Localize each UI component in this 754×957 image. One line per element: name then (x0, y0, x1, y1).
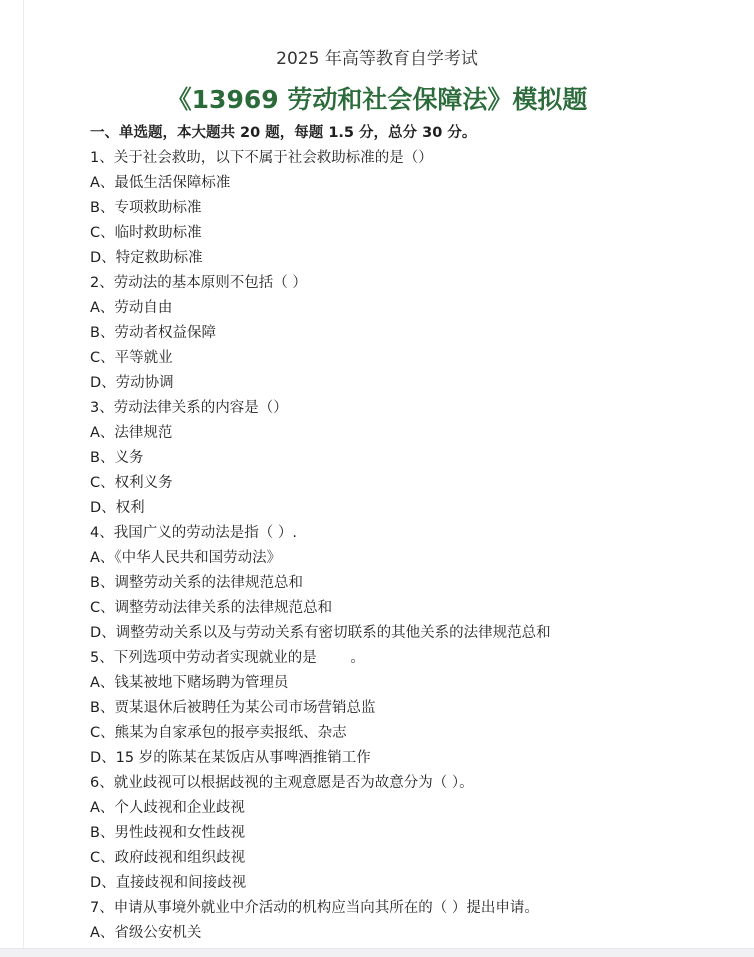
question-3-option-b: B、义务 (90, 446, 730, 471)
question-4-option-c: C、调整劳动法律关系的法律规范总和 (90, 596, 730, 621)
question-6-stem: 6、就业歧视可以根据歧视的主观意愿是否为故意分为（ ）。 (90, 771, 730, 796)
question-4-option-a: A、《中华人民共和国劳动法》 (90, 546, 730, 571)
question-1-option-b: B、专项救助标准 (90, 196, 730, 221)
exam-title: 《13969 劳动和社会保障法》模拟题 (0, 80, 754, 116)
question-6-option-a: A、个人歧视和企业歧视 (90, 796, 730, 821)
question-2-option-c: C、平等就业 (90, 346, 730, 371)
question-6-option-c: C、政府歧视和组织歧视 (90, 846, 730, 871)
question-1-option-a: A、最低生活保障标准 (90, 171, 730, 196)
question-4-option-b: B、调整劳动关系的法律规范总和 (90, 571, 730, 596)
question-5-stem: 5、下列选项中劳动者实现就业的是 。 (90, 646, 730, 671)
question-7-stem: 7、申请从事境外就业中介活动的机构应当向其所在的（ ）提出申请。 (90, 896, 730, 921)
question-5-option-a: A、钱某被地下赌场聘为管理员 (90, 671, 730, 696)
question-5-option-d: D、15 岁的陈某在某饭店从事啤酒推销工作 (90, 746, 730, 771)
question-3-option-d: D、权利 (90, 496, 730, 521)
question-2-option-b: B、劳动者权益保障 (90, 321, 730, 346)
question-3-option-a: A、法律规范 (90, 421, 730, 446)
question-6-option-b: B、男性歧视和女性歧视 (90, 821, 730, 846)
question-4-stem: 4、我国广义的劳动法是指（ ）. (90, 521, 730, 546)
question-1-option-c: C、临时救助标准 (90, 221, 730, 246)
question-5-option-b: B、贾某退休后被聘任为某公司市场营销总监 (90, 696, 730, 721)
question-4-option-d: D、调整劳动关系以及与劳动关系有密切联系的其他关系的法律规范总和 (90, 621, 730, 646)
question-1-option-d: D、特定救助标准 (90, 246, 730, 271)
question-6-option-d: D、直接歧视和间接歧视 (90, 871, 730, 896)
question-3-stem: 3、劳动法律关系的内容是（） (90, 396, 730, 421)
section-heading: 一、单选题，本大题共 20 题，每题 1.5 分，总分 30 分。 (90, 121, 730, 146)
exam-content: 一、单选题，本大题共 20 题，每题 1.5 分，总分 30 分。 1、关于社会… (90, 121, 730, 946)
question-2-stem: 2、劳动法的基本原则不包括（ ） (90, 271, 730, 296)
question-5-option-c: C、熊某为自家承包的报亭卖报纸、杂志 (90, 721, 730, 746)
question-2-option-d: D、劳动协调 (90, 371, 730, 396)
question-3-option-c: C、权利义务 (90, 471, 730, 496)
question-2-option-a: A、劳动自由 (90, 296, 730, 321)
page-bottom-gap (0, 948, 754, 957)
exam-header: 2025 年高等教育自学考试 (0, 44, 754, 69)
question-1-stem: 1、关于社会救助，以下不属于社会救助标准的是（） (90, 146, 730, 171)
question-7-option-a: A、省级公安机关 (90, 921, 730, 946)
